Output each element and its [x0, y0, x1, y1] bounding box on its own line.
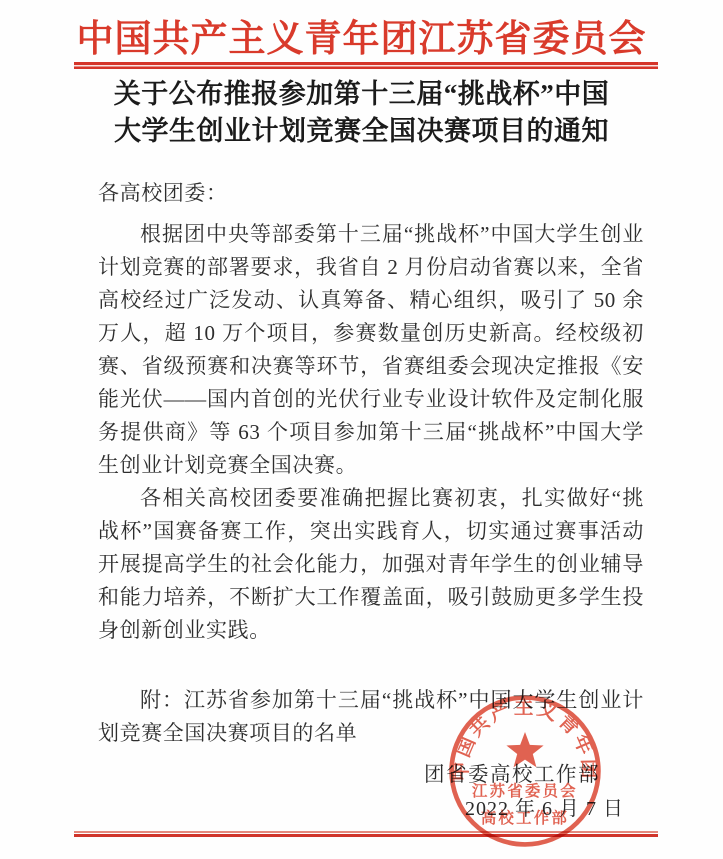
scanned-notice-document: 中国共产主义青年团江苏省委员会 关于公布推报参加第十三届“挑战杯”中国 大学生创… — [0, 0, 723, 859]
official-seal: 中国共产主义青年团 江苏省委员会 高校工作部 — [446, 692, 604, 850]
letterhead-org-name: 中国共产主义青年团江苏省委员会 — [0, 8, 723, 62]
seal-inner-text-committee: 江苏省委员会 — [471, 782, 578, 800]
paragraph-competition-overview: 根据团中央等部委第十三届“挑战杯”中国大学生创业计划竞赛的部署要求，我省自 2 … — [98, 218, 644, 482]
salutation: 各高校团委： — [98, 177, 644, 210]
seal-star-icon — [506, 732, 543, 767]
letterhead-divider-line — [74, 62, 658, 69]
paragraph-work-requirements: 各相关高校团委要准确把握比赛初衷，扎实做好“挑战杯”国赛备赛工作，突出实践育人，… — [98, 482, 644, 647]
document-title-line2: 大学生创业计划竞赛全国决赛项目的通知 — [0, 113, 723, 150]
document-body: 各高校团委： 根据团中央等部委第十三届“挑战杯”中国大学生创业计划竞赛的部署要求… — [98, 177, 644, 750]
seal-inner-text-department: 高校工作部 — [481, 809, 569, 827]
document-title-line1: 关于公布推报参加第十三届“挑战杯”中国 — [0, 76, 723, 113]
document-title: 关于公布推报参加第十三届“挑战杯”中国 大学生创业计划竞赛全国决赛项目的通知 — [0, 76, 723, 150]
